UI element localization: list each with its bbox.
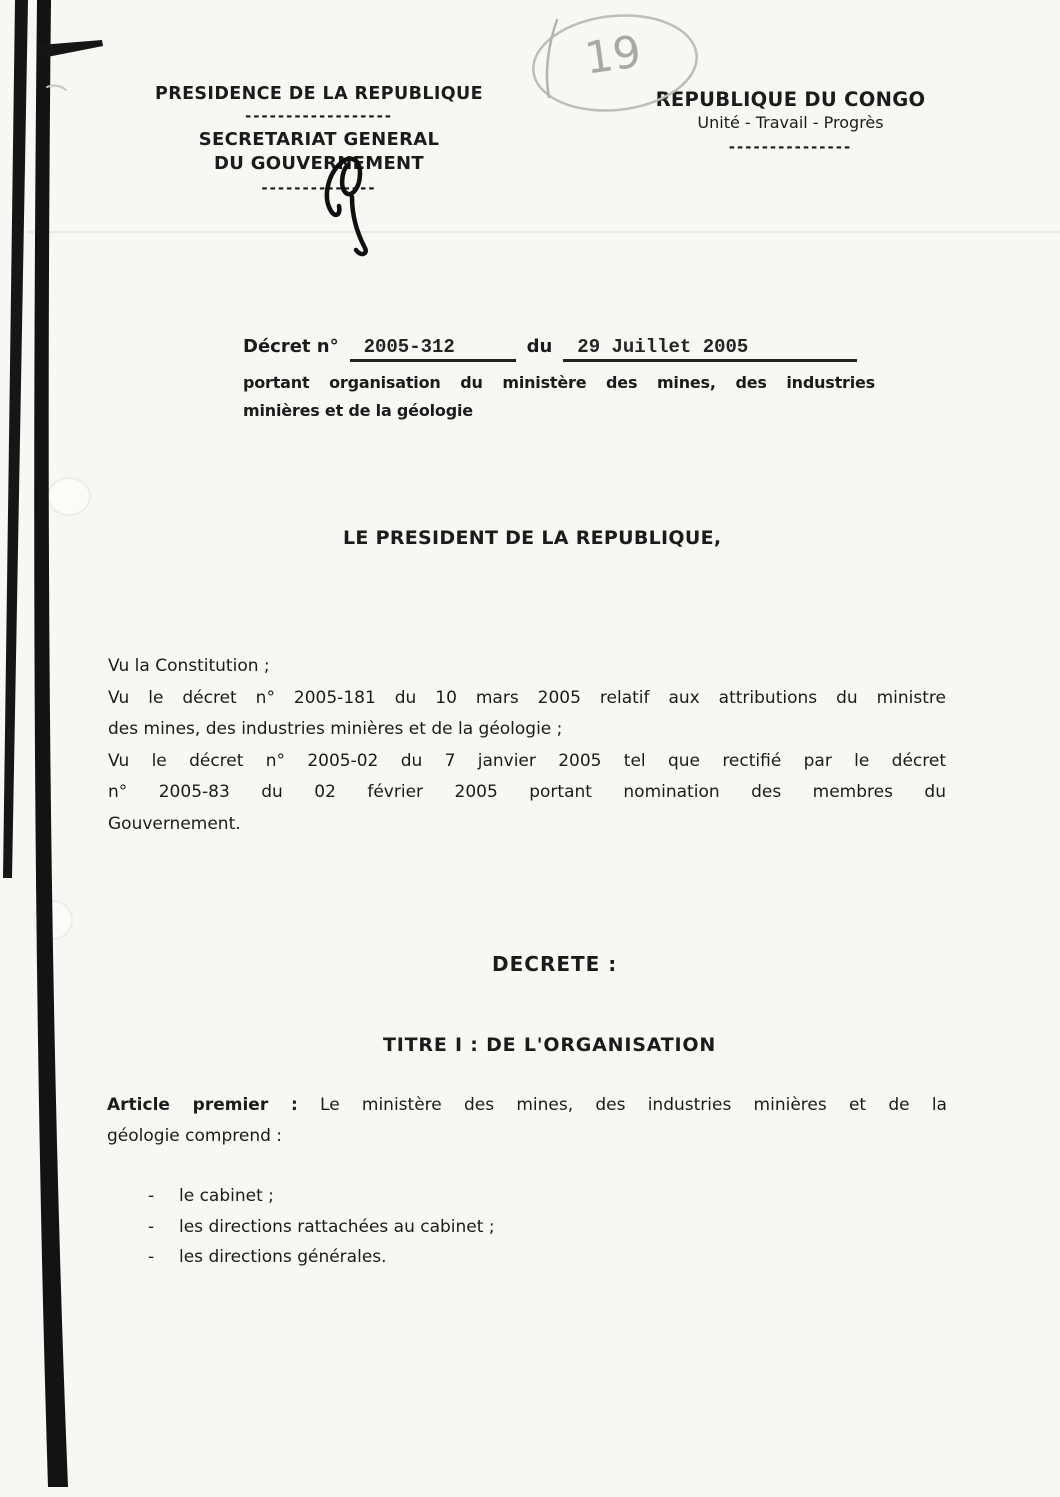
list-dash: - xyxy=(148,1181,179,1212)
divider-dashes: ------------------ xyxy=(128,108,510,124)
decree-subject: portant organisation du ministère des mi… xyxy=(243,369,875,425)
divider-dashes: -------------- xyxy=(128,180,510,196)
binding-bar-left xyxy=(3,0,28,878)
scan-fold-line xyxy=(28,231,1060,233)
hole-punch xyxy=(33,900,73,940)
visas-block: Vu la Constitution ; Vu le décret n° 200… xyxy=(108,651,946,840)
list-item: - les directions générales. xyxy=(148,1242,495,1273)
list-item: - les directions rattachées au cabinet ; xyxy=(148,1212,495,1243)
issuer-letterhead: PRESIDENCE DE LA REPUBLIQUE ------------… xyxy=(128,84,510,200)
visa-line: des mines, des industries minières et de… xyxy=(108,714,946,746)
list-dash: - xyxy=(148,1212,179,1243)
visa-line: Vu le décret n° 2005-181 du 10 mars 2005… xyxy=(108,683,946,715)
pencil-flourish xyxy=(547,20,557,97)
divider-dashes: --------------- xyxy=(648,139,933,155)
visa-line: Vu le décret n° 2005-02 du 7 janvier 200… xyxy=(108,746,946,778)
article-premier: Article premier : Le ministère des mines… xyxy=(107,1090,947,1152)
secretariat-line2: DU GOUVERNEMENT xyxy=(128,152,510,176)
titre-heading: TITRE I : DE L'ORGANISATION xyxy=(383,1034,716,1056)
visa-line: n° 2005-83 du 02 février 2005 portant no… xyxy=(108,777,946,809)
decrete-heading: DECRETE : xyxy=(492,952,617,976)
pencil-smudge xyxy=(47,86,66,90)
hole-punch xyxy=(47,477,91,516)
list-item-text: le cabinet ; xyxy=(179,1181,274,1212)
visa-line: Gouvernement. xyxy=(108,809,946,841)
decree-subject-line1: portant organisation du ministère des mi… xyxy=(243,369,875,397)
visa-line: Vu la Constitution ; xyxy=(108,651,946,683)
decree-number-field: 2005-312 xyxy=(350,336,516,362)
republic-title: REPUBLIQUE DU CONGO xyxy=(648,88,933,111)
components-list: - le cabinet ; - les directions rattaché… xyxy=(148,1181,495,1273)
decree-number-value: 2005-312 xyxy=(364,336,455,358)
secretariat-line1: SECRETARIAT GENERAL xyxy=(128,128,510,152)
republic-letterhead: REPUBLIQUE DU CONGO Unité - Travail - Pr… xyxy=(648,88,933,159)
pen-tick-mark xyxy=(40,40,103,58)
decree-du-label: du xyxy=(527,336,553,357)
decree-date-value: 29 Juillet 2005 xyxy=(577,336,748,358)
decree-subject-line2: minières et de la géologie xyxy=(243,397,875,425)
list-dash: - xyxy=(148,1242,179,1273)
list-item-text: les directions générales. xyxy=(179,1242,387,1273)
salutation-line: LE PRESIDENT DE LA REPUBLIQUE, xyxy=(343,527,721,549)
paraph-tail xyxy=(352,197,366,254)
list-item: - le cabinet ; xyxy=(148,1181,495,1212)
decree-number-line: Décret n° 2005-312 du 29 Juillet 2005 xyxy=(243,336,857,362)
article-line1: Article premier : Le ministère des mines… xyxy=(107,1090,947,1121)
article-text: Le ministère des mines, des industries m… xyxy=(298,1095,947,1115)
decree-label: Décret n° xyxy=(243,336,339,357)
binding-bar-right xyxy=(34,0,68,1487)
handwritten-page-number: 19 xyxy=(582,26,645,84)
national-motto: Unité - Travail - Progrès xyxy=(648,111,933,135)
decree-date-field: 29 Juillet 2005 xyxy=(563,336,857,362)
article-line2: géologie comprend : xyxy=(107,1121,947,1152)
article-label: Article premier : xyxy=(107,1095,298,1115)
presidency-title: PRESIDENCE DE LA REPUBLIQUE xyxy=(128,84,510,104)
document-page: 19 PRESIDENCE DE LA REPUBLIQUE ---------… xyxy=(0,0,1060,1497)
list-item-text: les directions rattachées au cabinet ; xyxy=(179,1212,495,1243)
